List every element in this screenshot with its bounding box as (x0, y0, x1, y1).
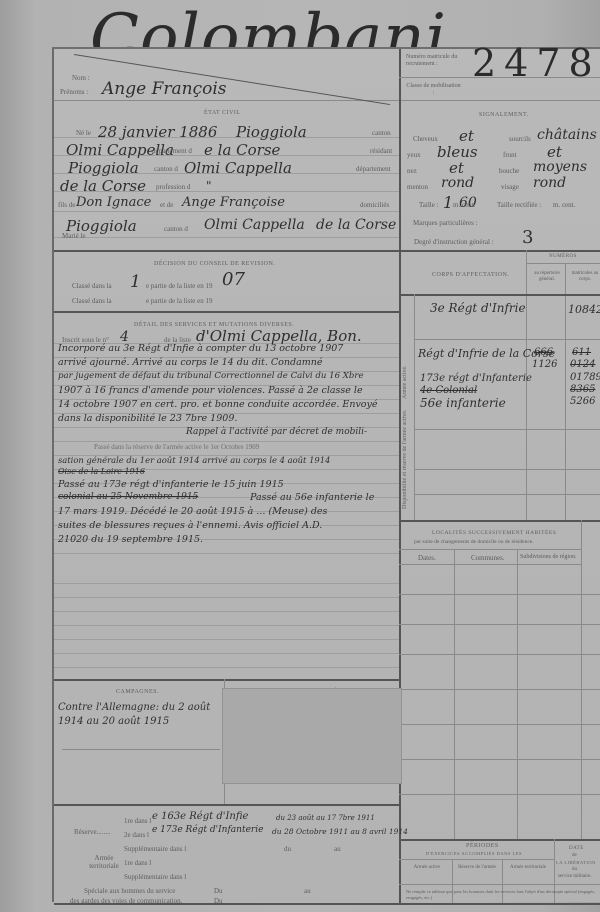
profession-label: profession d (156, 183, 190, 191)
special-au: au (304, 887, 311, 895)
mob-row1-dates: du 23 août au 17 7bre 1911 (276, 814, 375, 822)
mother-label: et de (160, 201, 173, 209)
service-line-3: par jugement de défaut du tribunal Corre… (58, 371, 364, 381)
corps-row-4-num2: 01789 (570, 372, 600, 383)
strike-note: Oise de la Loire 1916 (58, 467, 145, 476)
service-line-9: Passé au 173e régt d'infanterie le 15 ju… (58, 479, 284, 490)
periodes-col3: Armée territoriale (504, 865, 552, 870)
birth-place: Pioggiola (236, 123, 307, 141)
corps-row-6-num2: 5266 (570, 396, 595, 407)
ne-le-label: Né le (76, 129, 91, 137)
mob-row3: Supplémentaire dans l (124, 845, 186, 853)
reserve-label: Réserve........ (74, 828, 111, 836)
corps-row-6: 56e infanterie (420, 396, 506, 410)
corps-row-5-num2: 8365 (570, 384, 595, 395)
corps-row-4: 173e régt d'Infanterie (420, 373, 532, 384)
visage: rond (533, 175, 566, 191)
conseil-title: DÉCISION DU CONSEIL DE REVISION. (154, 261, 275, 267)
date-title: DATE (569, 846, 584, 851)
localites-subtitle: par suite de changements de domicile ou … (414, 539, 534, 545)
mob-row2-dates: du 28 Octobre 1911 au 8 avril 1914 (272, 827, 408, 836)
service-line-7: Rappel à l'activité par décret de mobili… (186, 427, 367, 437)
taille-m: 1 (443, 193, 453, 212)
mob-du-label: du (284, 845, 291, 853)
residence: Pioggiola (68, 159, 139, 177)
sourcils-label: sourcils (509, 135, 531, 143)
marie-label: Marié le (62, 232, 86, 240)
corps-header: CORPS D'AFFECTATION. (432, 272, 509, 278)
father-name: Don Ignace (76, 195, 151, 210)
corps-row-1: 3e Régt d'Infrie (430, 301, 526, 315)
service-line-2: arrivé ajourné. Arrivé au corps le 14 du… (58, 357, 323, 368)
taille-rectifiee-label: Taille rectifiée : (497, 201, 541, 209)
numeros-col1-header: au répertoire général. (530, 271, 564, 283)
archive-stamp-overlay (222, 688, 402, 784)
side-label-armee-active: Armée active. (402, 339, 408, 399)
cheveux-label: Cheveux (413, 135, 438, 143)
departement-label: département d (152, 147, 192, 155)
nom-label: Nom : (72, 74, 90, 82)
classe-label: Classe de mobilisation : (406, 83, 461, 97)
res-departement: de la Corse (60, 177, 146, 195)
side-label-reserve: Disponibilité et réserve de l'armée acti… (402, 409, 408, 509)
classe-row1-suffix: e partie de la liste en 19 (146, 282, 212, 290)
matricule-label: Numéro matricule du recrutement : (406, 54, 461, 68)
birth-departement: e la Corse (204, 141, 280, 159)
localites-col-dates: Dates. (418, 554, 436, 562)
taille-units: m. cent. (453, 201, 475, 209)
mob-row2-value: e 173e Régt d'Infanterie (152, 825, 263, 835)
prenoms-label: Prénoms : (60, 88, 88, 96)
instruction-degree: 3 (522, 227, 533, 248)
armee-territoriale-label: Armée territoriale (84, 854, 124, 870)
service-line-10: Passé au 56e infanterie le (250, 492, 374, 503)
mob-row4: 1re dans l (124, 859, 151, 867)
instruction-label: Degré d'instruction général : (414, 238, 494, 246)
classe-row1-partie: 1 (130, 272, 141, 292)
document-page: Colombani Nom : Prénoms : Ange François … (0, 0, 600, 912)
mob-row1-prefix: 1re dans l (124, 817, 151, 825)
menton-label: menton (407, 183, 428, 191)
matricule-number: 2478 (472, 41, 600, 85)
localites-title: LOCALITÉS SUCCESSIVEMENT HABITÉES (432, 530, 556, 536)
parents-departement: de la Corse (316, 217, 396, 233)
etat-civil-section: Né le 28 janvier 1886 Pioggiola canton O… (54, 119, 399, 249)
special-label: Spéciale aux hommes du service (84, 887, 175, 895)
service-line-8: sation générale du 1er août 1914 arrivé … (58, 455, 330, 465)
campagnes-line-2: 1914 au 20 août 1915 (58, 716, 169, 727)
fils-label: fils de (58, 201, 75, 209)
corps-row-2-num2: 611 (572, 347, 591, 358)
sourcils: châtains (537, 127, 597, 143)
res-canton: Olmi Cappella (184, 159, 292, 177)
visage-label: visage (501, 183, 519, 191)
mob-row1-value: e 163e Régt d'Infie (152, 811, 248, 822)
res-departement-label: département (356, 165, 391, 173)
classe-row2-label: Classé dans la (72, 297, 112, 305)
menton: rond (441, 175, 474, 191)
service-line-12: suites de blessures reçues à l'ennemi. A… (58, 520, 322, 531)
date-main: LA LIBÉRATION (556, 860, 596, 865)
yeux-label: yeux (407, 151, 421, 159)
campagnes-line-1: Contre l'Allemagne: du 2 août (58, 702, 210, 713)
given-names: Ange François (102, 79, 227, 99)
birth-date: 28 janvier 1886 (98, 123, 217, 141)
mob-row2-prefix: 2e dans l (124, 831, 149, 839)
residant-label: résidant (370, 147, 392, 155)
profession: " (206, 179, 212, 193)
taille-rectifiee-units: m. cent. (553, 201, 575, 209)
date-de: de (572, 853, 577, 858)
service-line-11: 17 mars 1919. Décédé le 20 août 1915 à .… (58, 506, 327, 517)
bouche-label: bouche (499, 167, 519, 175)
taille-label: Taille : (419, 201, 439, 209)
parents-canton: Olmi Cappella (204, 217, 305, 233)
marques-label: Marques particulières : (413, 219, 478, 227)
service-line-13: 21020 du 19 septembre 1915. (58, 534, 203, 545)
nez-label: nez (407, 167, 417, 175)
classe-row1-label: Classé dans la (72, 282, 112, 290)
mother-name: Ange Françoise (182, 195, 285, 210)
periodes-col2: Réserve de l'armée (454, 865, 500, 870)
mob-au-label: au (334, 845, 341, 853)
corps-row-5: 4e Colonial (420, 385, 477, 396)
numeros-col2-header: matricules au corps. (568, 271, 600, 283)
services-blank-lines (54, 569, 399, 679)
campagnes-title: CAMPAGNES. (116, 689, 159, 695)
parents-canton-label: canton d (164, 225, 188, 233)
localites-col-subdivisions: Subdivisions de région. (520, 554, 577, 560)
signalement-section: Cheveux et sourcils châtains yeux bleus … (401, 121, 600, 251)
corps-row-3-num2: 0124 (570, 359, 595, 370)
periodes-subtitle: D'EXERCICES ACCOMPLIES DANS LES (426, 851, 522, 856)
classe-row2-suffix: e partie de la liste en 19 (146, 297, 212, 305)
corps-row-1-num2: 10842 (568, 303, 600, 316)
corps-row-3-num1: 1126 (532, 359, 557, 370)
bouche: moyens (533, 159, 587, 175)
service-line-6: dans la disponibilité le 23 7bre 1909. (58, 413, 237, 424)
periodes-col1: Armée active (404, 865, 450, 870)
margin-note-1: Passé dans la réserve de l'armée active … (94, 443, 259, 451)
service-line-5: 14 octobre 1907 en cert. pro. et bonne c… (58, 399, 378, 410)
services-section: Inscrit sous le n° 4 de la liste d'Olmi … (54, 329, 399, 569)
periodes-footnote: Ne remplir ce tableau que pour les homme… (406, 889, 596, 901)
etat-civil-title: ÉTAT CIVIL (204, 110, 241, 116)
localites-col-communes: Communes. (471, 554, 505, 562)
front-label: front (503, 151, 517, 159)
classe-row1-year: 07 (222, 269, 245, 290)
res-canton-label: canton d (154, 165, 178, 173)
date-end: service militaire. (558, 874, 592, 879)
mob-row5: Supplémentaire dans l (124, 873, 186, 881)
corps-row-2-num1: 666 (534, 347, 553, 358)
strike-note-2: colonial au 25 Novembre 1915 (58, 492, 198, 502)
numeros-header: NUMÉROS (549, 254, 577, 259)
special-du: Du (214, 887, 223, 895)
signalement-title: SIGNALEMENT. (479, 112, 529, 118)
domicilies-label: domiciliés (360, 201, 389, 209)
service-line-4: 1907 à 16 francs d'amende pour violences… (58, 385, 363, 396)
service-line-1: Incorporé au 3e Régt d'Infie à compter d… (58, 343, 343, 354)
periodes-title: PÉRIODES (466, 843, 499, 849)
canton-label: canton (372, 129, 391, 137)
date-du: du (572, 867, 577, 872)
